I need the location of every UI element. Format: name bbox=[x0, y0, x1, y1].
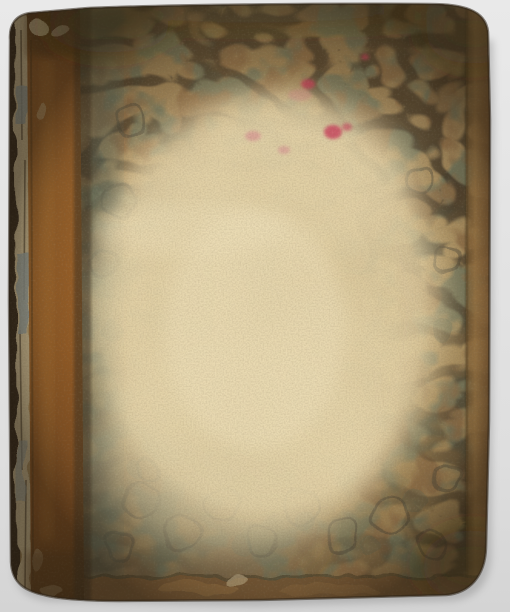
book bbox=[0, 0, 510, 612]
vignette bbox=[0, 0, 510, 612]
photo-stage bbox=[0, 0, 510, 612]
book-photo bbox=[0, 0, 510, 612]
